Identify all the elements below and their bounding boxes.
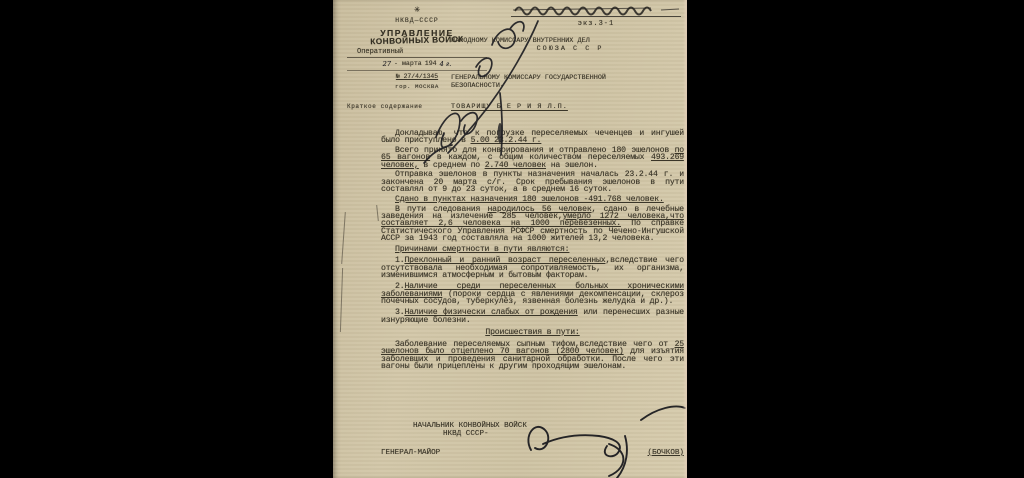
- addressee-line2: СОЮЗА С С Р: [451, 46, 689, 54]
- handwritten-day: 27: [383, 60, 391, 68]
- heading-incidents: Происшествия в пути:: [381, 329, 684, 336]
- address-block: НАРОДНОМУ КОМИССАРУ ВНУТРЕННИХ ДЕЛ СОЮЗА…: [451, 38, 689, 112]
- heading-mortality-causes: Причинами смертности в пути являются:: [381, 246, 684, 253]
- addressee-beria-line: ТОВАРИЩУ Б Е Р И Я Л.П.: [451, 104, 689, 112]
- list-item-1: 1.Преклонный и ранний возраст переселенн…: [381, 257, 684, 279]
- margin-bracket-mark-3: [376, 205, 379, 221]
- document-page: ✳ НКВД—СССР УПРАВЛЕНИЕ КОНВОЙНЫХ ВОЙСК О…: [333, 0, 687, 478]
- date-month: - марта: [394, 60, 422, 68]
- para-report-start: Докладываю, что к погрузке переселяемых …: [381, 130, 684, 145]
- para-echelons-total: Всего принято для конвоирования и отправ…: [381, 147, 684, 169]
- screenshot-stage: ✳ НКВД—СССР УПРАВЛЕНИЕ КОНВОЙНЫХ ВОЙСК О…: [0, 0, 1024, 478]
- signer-title-line1: НАЧАЛЬНИК КОНВОЙНЫХ ВОЙСК: [381, 422, 684, 430]
- date-year: 194: [425, 60, 437, 68]
- para-in-transit-statistics: В пути следования народилось 56 человек,…: [381, 206, 684, 242]
- letterhead-org-abbrev: НКВД—СССР: [347, 17, 487, 25]
- signature-block: НАЧАЛЬНИК КОНВОЙНЫХ ВОЙСК НКВД СССР- ГЕН…: [381, 422, 684, 457]
- list-item-2: 2.Наличие среди переселенных больных хро…: [381, 283, 684, 305]
- copy-number: экз.3-1: [511, 20, 681, 28]
- para-dispatch-dates: Отправка эшелонов в пункты назначения на…: [381, 171, 684, 193]
- classification-area: экз.3-1: [511, 4, 681, 28]
- crossed-out-classification-scribble: [511, 4, 681, 17]
- document-body: Докладываю, что к погрузке переселяемых …: [381, 130, 684, 373]
- para-delivered: Сдано в пунктах назначения 180 эшелонов …: [381, 196, 684, 203]
- signer-name: (БОЧКОВ): [648, 449, 684, 457]
- signer-title-line2: НКВД СССР-: [381, 430, 684, 438]
- list-item-3: 3.Наличие физически слабых от рождения и…: [381, 309, 684, 324]
- addressee-line4: БЕЗОПАСНОСТИ-: [451, 83, 689, 91]
- nkvd-emblem-icon: ✳: [347, 6, 487, 16]
- margin-bracket-mark-2: [340, 268, 343, 332]
- signer-rank: ГЕНЕРАЛ-МАЙОР: [381, 449, 440, 457]
- para-typhus: Заболевание переселяемых сыпным тифом,вс…: [381, 341, 684, 370]
- handwritten-year-digit: 4 г.: [440, 60, 452, 68]
- margin-bracket-mark-1: [341, 212, 346, 264]
